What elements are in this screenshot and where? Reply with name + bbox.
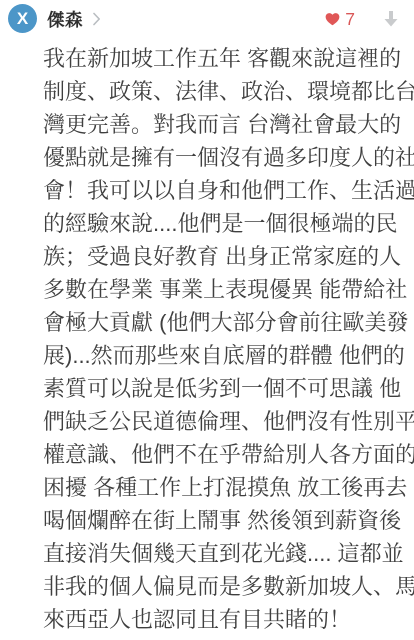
comment-card: X 傑森 7 xyxy=(0,0,414,640)
like-count: 7 xyxy=(345,9,355,30)
comment-line: 灣更完善。對我而言 台灣社會最大的 xyxy=(43,108,414,141)
comment-line: 困擾 各種工作上打混摸魚 放工後再去 xyxy=(43,471,414,504)
comment-line: 的經驗來說....他們是一個很極端的民 xyxy=(43,207,414,240)
comment-line: 們缺乏公民道德倫理、他們沒有性別平 xyxy=(43,405,414,438)
user-avatar[interactable]: X xyxy=(8,4,37,33)
comment-line: 素質可以說是低劣到一個不可思議 他 xyxy=(43,372,414,405)
comment-content: 傑森 7 我在新加坡工作五年 客觀來 xyxy=(43,4,414,636)
comment-line: 喝個爛醉在街上鬧事 然後領到薪資後 xyxy=(43,504,414,537)
comment-line: 優點就是擁有一個沒有過多印度人的社 xyxy=(43,141,414,174)
comment-line: 會極大貢獻 (他們大部分會前往歐美發 xyxy=(43,306,414,339)
comment-line: 族；受過良好教育 出身正常家庭的人 xyxy=(43,240,414,273)
comment-line: 多數在學業 事業上表現優異 能帶給社 xyxy=(43,273,414,306)
comment-line: 展)...然而那些來自底層的群體 他們的 xyxy=(43,339,414,372)
comment-line: 非我的個人偏見而是多數新加坡人、馬 xyxy=(43,570,414,603)
heart-icon[interactable] xyxy=(325,12,340,26)
comment-line: 制度、政策、法律、政治、環境都比台 xyxy=(43,75,414,108)
comment-line: 權意識、他們不在乎帶給別人各方面的 xyxy=(43,438,414,471)
author-name[interactable]: 傑森 xyxy=(47,7,83,32)
avatar-letter: X xyxy=(17,10,28,27)
chevron-right-icon[interactable] xyxy=(93,12,101,26)
comment-actions: 7 xyxy=(325,9,398,30)
comment-line: 會！我可以以自身和他們工作、生活過 xyxy=(43,174,414,207)
comment-line: 我在新加坡工作五年 客觀來說這裡的 xyxy=(43,42,414,75)
comment-header: 傑森 7 xyxy=(43,4,414,34)
comment-line: 來西亞人也認同且有目共睹的！ xyxy=(43,603,414,636)
comment-line: 直接消失個幾天直到花光錢.... 這都並 xyxy=(43,537,414,570)
down-arrow-icon[interactable] xyxy=(384,11,398,27)
comment-body: 我在新加坡工作五年 客觀來說這裡的制度、政策、法律、政治、環境都比台灣更完善。對… xyxy=(43,42,414,636)
